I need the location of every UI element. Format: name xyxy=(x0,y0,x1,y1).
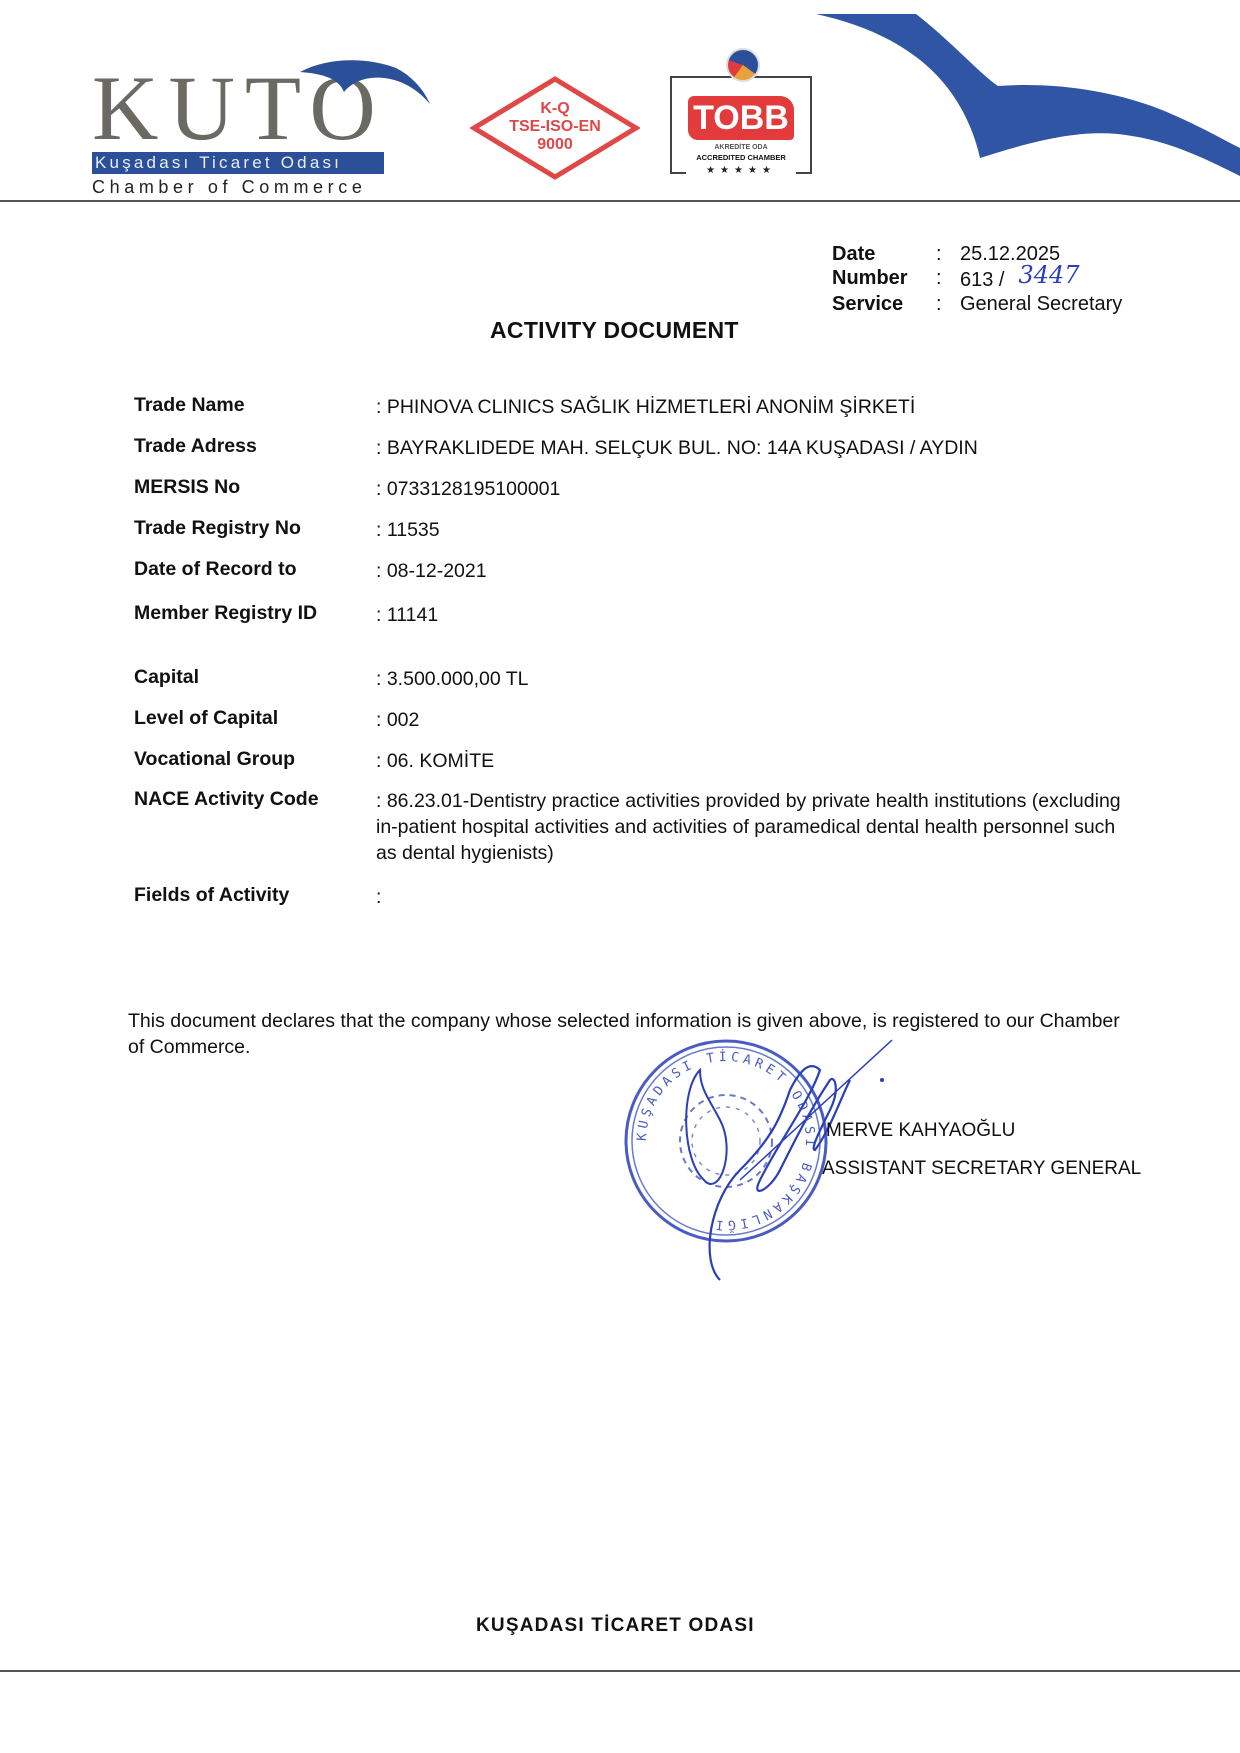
footer-divider xyxy=(0,1670,1240,1672)
header-divider xyxy=(0,200,1240,202)
field-trade-address: Trade Adress : BAYRAKLIDEDE MAH. SELÇUK … xyxy=(134,435,1136,461)
field-date-of-record: Date of Record to : 08-12-2021 xyxy=(134,558,1136,584)
tobb-badge-line2: ACCREDITED CHAMBER xyxy=(670,153,812,162)
field-level-of-capital: Level of Capital : 002 xyxy=(134,707,1136,733)
tobb-badge-line1: AKREDİTE ODA xyxy=(670,144,812,151)
kuto-logo-subtitle: Chamber of Commerce xyxy=(92,177,366,198)
field-member-registry-id: Member Registry ID : 11141 xyxy=(134,602,1136,628)
kuto-logo-band: Kuşadası Ticaret Odası xyxy=(92,152,384,174)
field-trade-name: Trade Name : PHINOVA CLINICS SAĞLIK HİZM… xyxy=(134,394,1136,420)
signatory-title: ASSISTANT SECRETARY GENERAL xyxy=(822,1158,1141,1180)
signatory-name: MERVE KAHYAOĞLU xyxy=(826,1120,1015,1142)
kuto-seagull-logo-icon xyxy=(300,58,432,122)
meta-number-value: 613 /3447 xyxy=(960,266,1080,292)
field-mersis-no: MERSIS No : 0733128195100001 xyxy=(134,476,1136,502)
document-title: ACTIVITY DOCUMENT xyxy=(490,317,739,344)
tobb-badge-stars: ★★★★★ xyxy=(686,164,796,178)
handwritten-number: 3447 xyxy=(1018,261,1079,289)
document-meta: Date : 25.12.2025 Number : 613 /3447 Ser… xyxy=(832,242,1122,316)
footer-organization: KUŞADASI TİCARET ODASI xyxy=(476,1615,755,1637)
field-fields-of-activity: Fields of Activity : xyxy=(134,884,1136,910)
meta-service-value: General Secretary xyxy=(960,292,1122,316)
tobb-seal-icon xyxy=(726,48,760,82)
field-trade-registry-no: Trade Registry No : 11535 xyxy=(134,517,1136,543)
field-vocational-group: Vocational Group : 06. KOMİTE xyxy=(134,748,1136,774)
iso-badge-text: K-Q TSE-ISO-EN 9000 xyxy=(470,100,640,154)
meta-service-row: Service : General Secretary xyxy=(832,292,1122,316)
field-capital: Capital : 3.500.000,00 TL xyxy=(134,666,1136,692)
field-nace-activity-code: NACE Activity Code : 86.23.01-Dentistry … xyxy=(134,788,1136,866)
header-seagull-wing-icon xyxy=(812,12,1240,182)
meta-number-row: Number : 613 /3447 xyxy=(832,266,1122,292)
tobb-badge-word: TOBB xyxy=(688,96,794,140)
